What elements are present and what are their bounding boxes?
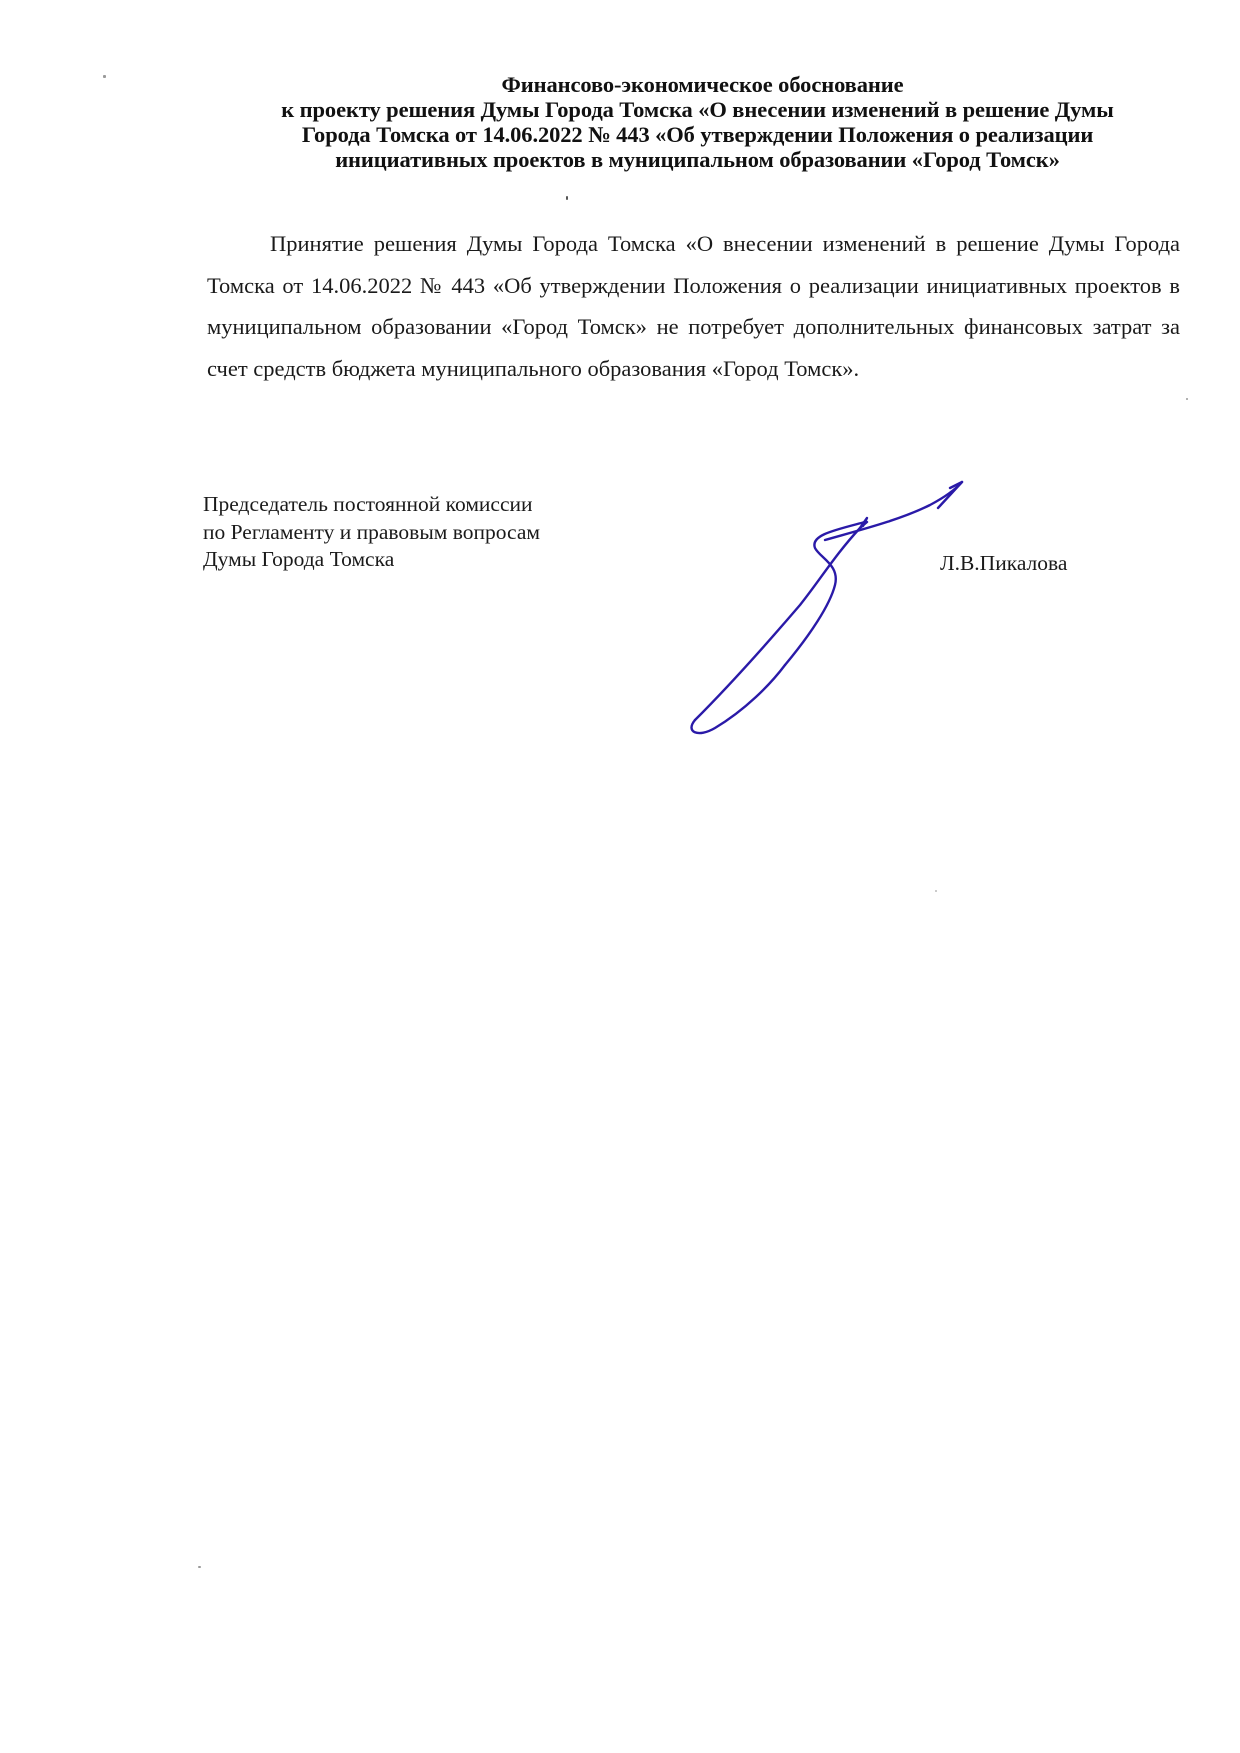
scan-artifact [566, 196, 568, 200]
scan-artifact [103, 75, 106, 78]
body-paragraph: Принятие решения Думы Города Томска «О в… [207, 223, 1180, 389]
signatory-position: Председатель постоянной комиссии по Регл… [203, 491, 540, 574]
document-body: Принятие решения Думы Города Томска «О в… [207, 223, 1180, 389]
document-title: Финансово-экономическое обоснование к пр… [205, 72, 1190, 172]
signatory-position-line-2: по Регламенту и правовым вопросам [203, 519, 540, 547]
signatory-position-line-1: Председатель постоянной комиссии [203, 491, 540, 519]
title-line-4: инициативных проектов в муниципальном об… [205, 147, 1190, 172]
handwritten-signature-icon [660, 470, 980, 740]
document-page: Финансово-экономическое обоснование к пр… [0, 0, 1240, 1753]
signatory-position-line-3: Думы Города Томска [203, 546, 540, 574]
title-line-3: Города Томска от 14.06.2022 № 443 «Об ут… [205, 122, 1190, 147]
title-line-1: Финансово-экономическое обоснование [215, 72, 1190, 97]
scan-artifact [198, 1566, 201, 1568]
title-line-2: к проекту решения Думы Города Томска «О … [205, 97, 1190, 122]
signatory-name: Л.В.Пикалова [940, 550, 1067, 577]
scan-artifact [1186, 398, 1188, 400]
scan-artifact [935, 890, 937, 892]
